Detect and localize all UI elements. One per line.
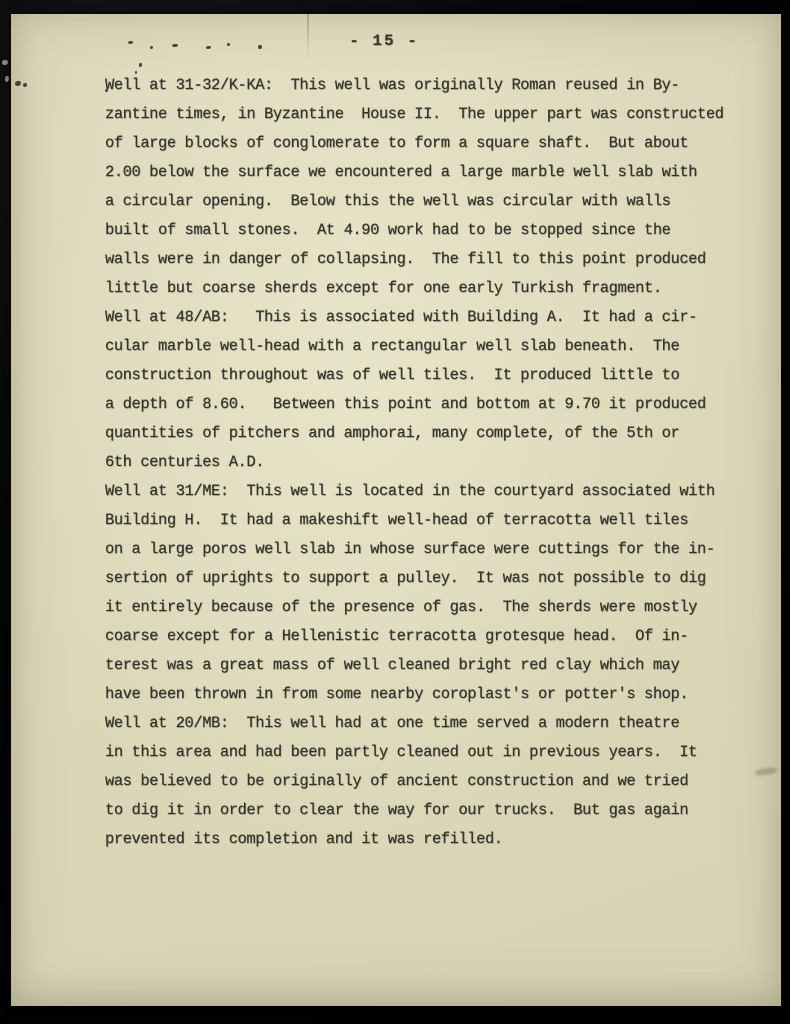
text-line: of large blocks of conglomerate to form … — [105, 129, 765, 158]
scan-artifact — [5, 76, 9, 82]
text-line: Well at 31/ME: This well is located in t… — [105, 477, 765, 506]
document-page: - 15 - Well at 31-32/K-KA: This well was… — [11, 14, 781, 1006]
text-line: zantine times, in Byzantine House II. Th… — [105, 100, 765, 129]
text-line: sertion of uprights to support a pulley.… — [105, 564, 765, 593]
text-line: quantities of pitchers and amphorai, man… — [105, 419, 765, 448]
text-line: Well at 31-32/K-KA: This well was origin… — [105, 71, 765, 100]
text-line: on a large poros well slab in whose surf… — [105, 535, 765, 564]
text-line: in this area and had been partly cleaned… — [105, 738, 765, 767]
ink-speck — [15, 81, 21, 86]
text-line: construction throughout was of well tile… — [105, 361, 765, 390]
scan-background: - 15 - Well at 31-32/K-KA: This well was… — [0, 0, 790, 1024]
text-line: walls were in danger of collapsing. The … — [105, 245, 765, 274]
text-line: have been thrown in from some nearby cor… — [105, 680, 765, 709]
text-line: it entirely because of the presence of g… — [105, 593, 765, 622]
text-line: cular marble well-head with a rectangula… — [105, 332, 765, 361]
text-line: 2.00 below the surface we encountered a … — [105, 158, 765, 187]
text-line: Well at 20/MB: This well had at one time… — [105, 709, 765, 738]
text-line: to dig it in order to clear the way for … — [105, 796, 765, 825]
scan-artifact — [2, 60, 8, 65]
text-line: built of small stones. At 4.90 work had … — [105, 216, 765, 245]
page-number: - 15 - — [11, 32, 757, 50]
text-line: 6th centuries A.D. — [105, 448, 765, 477]
text-line: was believed to be originally of ancient… — [105, 767, 765, 796]
ink-speck — [23, 83, 27, 87]
ink-speck — [139, 63, 142, 67]
text-line: little but coarse sherds except for one … — [105, 274, 765, 303]
text-line: a depth of 8.60. Between this point and … — [105, 390, 765, 419]
text-line: a circular opening. Below this the well … — [105, 187, 765, 216]
text-line: terest was a great mass of well cleaned … — [105, 651, 765, 680]
text-line: Well at 48/AB: This is associated with B… — [105, 303, 765, 332]
text-line: coarse except for a Hellenistic terracot… — [105, 622, 765, 651]
text-line: Building H. It had a makeshift well-head… — [105, 506, 765, 535]
text-line: prevented its completion and it was refi… — [105, 825, 765, 854]
typewritten-text: Well at 31-32/K-KA: This well was origin… — [105, 71, 765, 854]
